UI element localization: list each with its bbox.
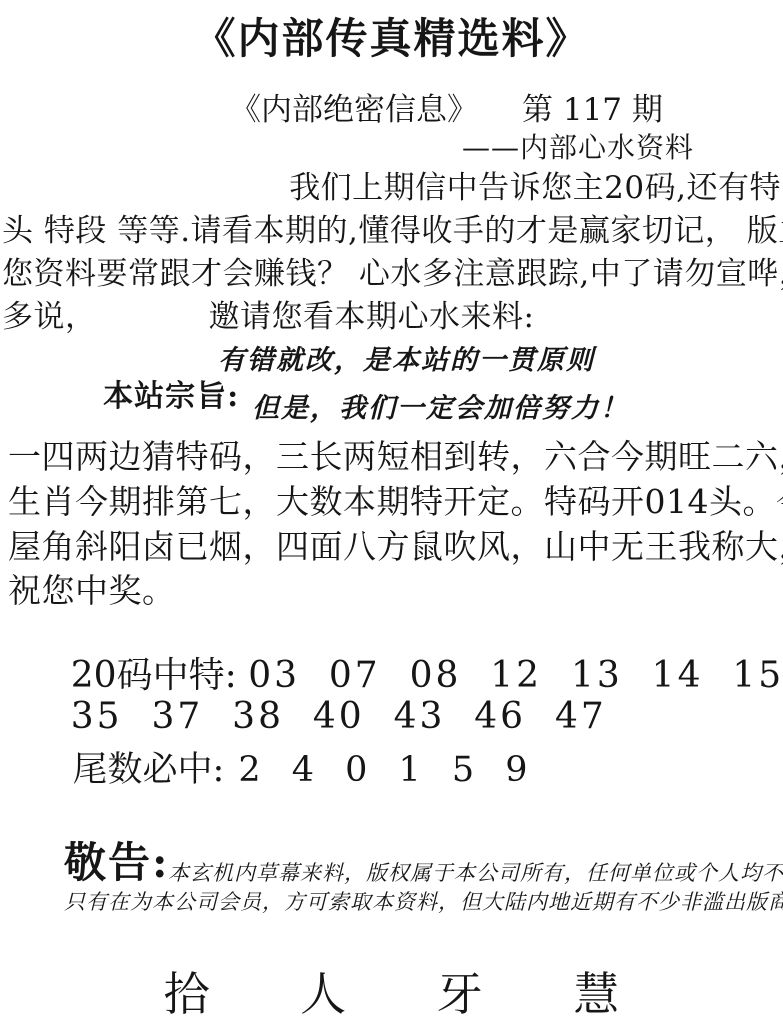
poem-line-1: 一四两边猜特码，三长两短相到转，六合今期旺二六，天花乱坠不看用 <box>8 431 783 478</box>
subtitle-row: 《内部绝密信息》 第 117 期 <box>230 84 663 129</box>
intro-line-4-left: 多说， <box>2 299 97 335</box>
page-title: 《内部传真精选料》 <box>0 6 783 66</box>
footer-title: 拾 人 牙 慧 <box>0 958 783 1024</box>
tagline: ——内部心水资料 <box>462 126 694 166</box>
intro-line-4-right: 邀请您看本期心水来料: <box>209 299 535 335</box>
motto-label: 本站宗旨: <box>103 379 239 414</box>
poem-line-3: 屋角斜阳卤已烟，四面八方鼠吹风，山中无王我称大，一六流水九成尘。 <box>8 521 783 568</box>
poem-line-4: 祝您中奖。 <box>8 565 176 612</box>
subtitle: 《内部绝密信息》 <box>230 84 478 129</box>
tails-label: 尾数必中: <box>73 750 225 790</box>
motto-line-1: 有错就改，是本站的一贯原则 <box>218 338 595 377</box>
intro-line-3: 您资料要常跟才会赚钱？ 心水多注意跟踪,中了请勿宣哗， 话不 <box>2 248 783 293</box>
intro-line-2: 头 特段 等等.请看本期的,懂得收手的才是赢家切记， 版主提醒 <box>2 205 783 250</box>
document-page: 《内部传真精选料》 《内部绝密信息》 第 117 期 ——内部心水资料 我们上期… <box>0 0 783 1024</box>
notice-label: 敬告: <box>64 830 170 890</box>
notice-line-1: 本玄机内草幕来料，版权属于本公司所有，任何单位或个人均不得仿冒或复制， <box>168 857 783 887</box>
intro-line-1: 我们上期信中告诉您主20码,还有特 <box>289 162 781 207</box>
motto-line-2: 但是，我们一定会加倍努力！ <box>252 386 629 425</box>
poem-line-2: 生肖今期排第七，大数本期特开定。特码开014头。今期特段13到36， <box>8 476 783 523</box>
tails-row: 尾数必中:2 4 0 1 5 9 <box>28 702 538 832</box>
intro-line-4: 多说，邀请您看本期心水来料: <box>2 291 534 336</box>
notice-line-2: 只有在为本公司会员，方可索取本资料，但大陆内地近期有不少非滥出版商大量犁 <box>64 886 783 916</box>
issue-number: 第 117 期 <box>522 84 663 129</box>
tails-digits: 2 4 0 1 5 9 <box>238 750 537 790</box>
